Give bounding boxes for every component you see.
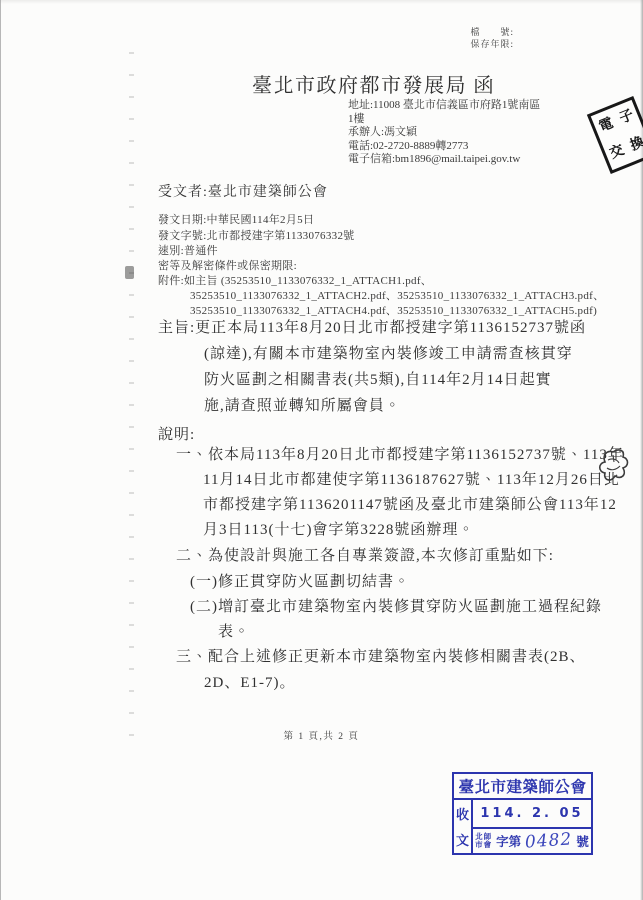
explanation-item2-sub1: (一)修正貫穿防火區劃切結書。 xyxy=(190,570,410,591)
received-char: 收 xyxy=(456,804,469,823)
file-number-block: 檔 號: 保存年限: xyxy=(436,26,514,50)
receipt-stamp-body: 收 文 114. 2. 05 北師 市會 字第 0482 號 xyxy=(454,800,591,853)
receipt-stamp-number-row: 北師 市會 字第 0482 號 xyxy=(473,829,591,853)
exchange-stamp-char: 子 xyxy=(618,108,636,126)
exchange-stamp-char: 交 xyxy=(608,143,626,161)
explanation-item1-line: 一、依本局113年8月20日北市都授建字第1136152737號、113年 xyxy=(176,443,624,464)
scan-artifact-dots xyxy=(129,52,134,746)
file-number-label: 檔 號: xyxy=(436,26,514,38)
sender-address-line1: 地址:11008 臺北市信義區市府路1號南區 xyxy=(348,99,540,113)
reference-number-line: 發文字號:北市都授建字第1133076332號 xyxy=(158,227,355,243)
received-char: 文 xyxy=(456,830,469,849)
crumpled-seal-mark-icon xyxy=(596,442,632,514)
receipt-stamp-received-label: 收 文 xyxy=(454,800,473,853)
sender-address-line2: 1樓 xyxy=(348,113,540,127)
subject-line: 施,請查照並轉知所屬會員。 xyxy=(204,394,401,415)
explanation-item2-line: 二、為使設計與施工各自專業簽證,本次修訂重點如下: xyxy=(176,544,554,565)
sender-info-block: 地址:11008 臺北市信義區市府路1號南區 1樓 承辦人:馮文穎 電話:02-… xyxy=(348,99,540,167)
prefix-bottom: 市會 xyxy=(475,841,492,849)
issue-date-line: 發文日期:中華民國114年2月5日 xyxy=(158,211,314,227)
subject-line: 主旨:更正本局113年8月20日北市都授建字第1136152737號函 xyxy=(158,316,586,337)
receipt-stamp-suffix: 號 xyxy=(576,832,589,850)
page-number-footer: 第 1 頁,共 2 頁 xyxy=(0,728,643,742)
attachment-line: 附件:如主旨 (35253510_1133076332_1_ATTACH1.pd… xyxy=(158,272,432,288)
sender-phone: 電話:02-2720-8889轉2773 xyxy=(348,140,540,154)
letter-title: 臺北市政府都市發展局 函 xyxy=(252,69,495,98)
scan-edge-left xyxy=(0,0,1,900)
explanation-item1-line: 月3日113(十七)會字第3228號函辦理。 xyxy=(203,518,474,539)
security-class-line: 密等及解密條件或保密期限: xyxy=(158,257,297,273)
attachment-line-cont: 35253510_1133076332_1_ATTACH2.pdf、352535… xyxy=(190,287,604,303)
subject-line: (諒達),有關本市建築物室內裝修竣工申請需查核貫穿 xyxy=(204,342,573,363)
exchange-stamp-char: 換 xyxy=(629,135,643,153)
recipient-line: 受文者:臺北市建築師公會 xyxy=(158,181,328,201)
receipt-stamp-date: 114. 2. 05 xyxy=(473,800,591,829)
receipt-stamp-handwritten-number: 0482 xyxy=(524,829,573,852)
retention-period-label: 保存年限: xyxy=(436,38,514,50)
receipt-stamp-mid: 字第 xyxy=(496,832,521,850)
explanation-item3-line: 2D、E1-7)。 xyxy=(204,671,296,692)
explanation-item2-sub2-line: (二)增訂臺北市建築物室內裝修貫穿防火區劃施工過程紀錄 xyxy=(190,595,602,616)
receipt-stamp-org: 臺北市建築師公會 xyxy=(454,774,591,800)
explanation-item1-line: 11月14日北市都建使字第1136187627號、113年12月26日北 xyxy=(203,468,620,489)
scanned-letter-page: 檔 號: 保存年限: 臺北市政府都市發展局 函 地址:11008 臺北市信義區市… xyxy=(0,0,643,900)
explanation-item1-line: 市都授建字第1136201147號函及臺北市建築師公會113年12 xyxy=(203,493,617,514)
receipt-stamp: 臺北市建築師公會 收 文 114. 2. 05 北師 市會 字第 0482 號 xyxy=(452,772,593,855)
exchange-stamp-char: 電 xyxy=(597,117,615,135)
subject-line: 防火區劃之相關書表(共5類),自114年2月14日起實 xyxy=(204,368,552,389)
receipt-stamp-prefix: 北師 市會 xyxy=(475,833,492,849)
sender-email: 電子信箱:bm1896@mail.taipei.gov.tw xyxy=(348,153,540,167)
explanation-item3-line: 三、配合上述修正更新本市建築物室內裝修相關書表(2B、 xyxy=(176,645,586,666)
explanation-heading: 說明: xyxy=(158,423,195,444)
electronic-exchange-stamp-icon: 電 子 交 換 xyxy=(587,96,643,174)
scan-edge-top xyxy=(0,0,643,4)
scan-artifact-mark xyxy=(125,266,134,279)
explanation-item2-sub2-line: 表。 xyxy=(218,620,250,641)
speed-class-line: 速別:普通件 xyxy=(158,242,218,258)
receipt-stamp-right: 114. 2. 05 北師 市會 字第 0482 號 xyxy=(473,800,591,853)
sender-contact-person: 承辦人:馮文穎 xyxy=(348,126,540,140)
